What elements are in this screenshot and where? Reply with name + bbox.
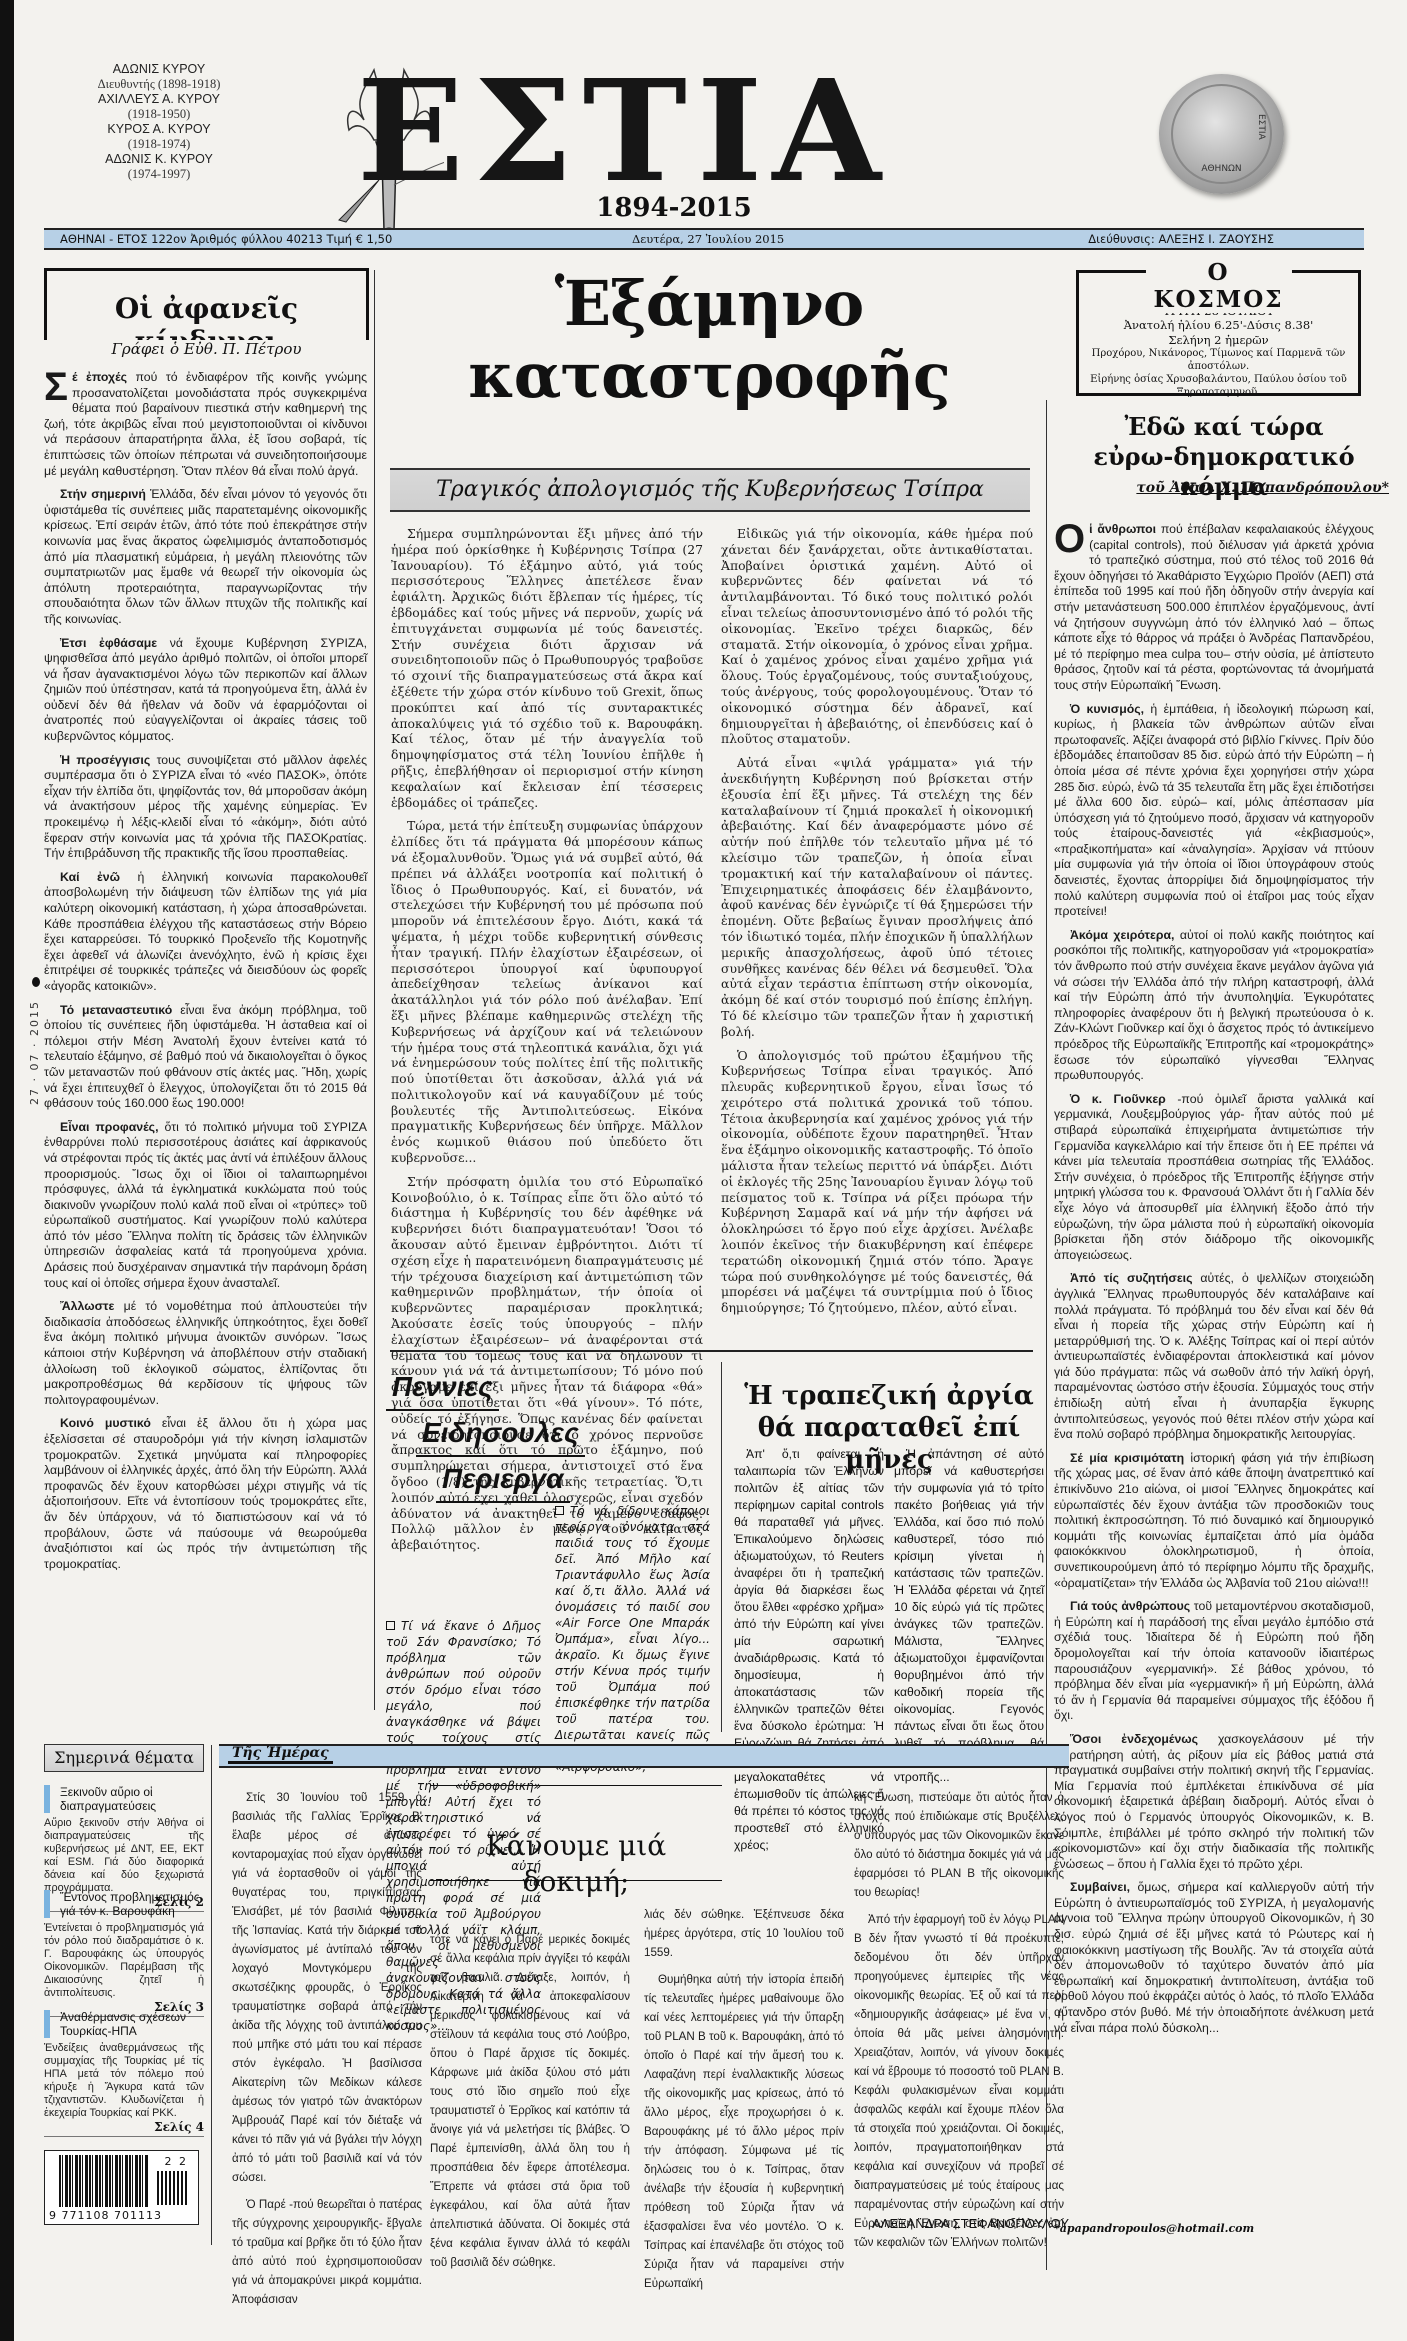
issue-details: ΑΘΗΝΑΙ - ΕΤΟΣ 122ον Ἀριθμός φύλλου 40213… [60, 230, 392, 248]
section-bar [219, 1744, 1069, 1768]
opinion-body: Οἱ ἄνθρωποι πού ἐπέβαλαν κεφαλαιακούς ἐλ… [1054, 522, 1374, 2044]
article-byline: Γράφει ὁ Εὐθ. Π. Πέτρου [44, 340, 369, 358]
divider [430, 1880, 722, 1881]
editor: Διεύθυνσις: ΑΛΕΞΗΣ Ι. ΖΑΟΥΣΗΣ [1088, 230, 1274, 248]
bullet-icon [32, 977, 40, 987]
todays-topics-title: Σημερινά θέματα [44, 1744, 204, 1772]
opinion-byline: τοῦ Ἀθαν. Χ. Παπανδρόπουλου* [1059, 480, 1389, 496]
checkbox-bullet-icon [555, 1506, 564, 1515]
lead-column-2: Εἰδικῶς γιά τήν οἰκονομία, κάθε ἡμέρα πο… [721, 526, 1033, 1324]
issue-date: Δευτέρα, 27 Ἰουλίου 2015 [632, 230, 784, 248]
column-text: λιάς δέν σώθηκε. Ἐξέπνευσε δέκα ἡμέρες ἀ… [644, 1905, 844, 2301]
dropcap: Σ [44, 372, 68, 402]
barcode: 2 2 9 771108 701113 [44, 2150, 199, 2225]
founding-years: 1894-2015 [574, 193, 774, 223]
author-signature: ΑΛΕΞΑΝΔΡΑ ΣΤΕΦΑΝΟΠΟΥΛΟΥ [854, 2216, 1069, 2231]
founder: ΑΔΩΝΙΣ Κ. ΚΥΡΟΥ(1974-1997) [54, 152, 264, 182]
founder: ΑΧΙΛΛΕΥΣ Α. ΚΥΡΟΥ(1918-1950) [54, 92, 264, 122]
newspaper-logo: ΕΣΤΙΑ [344, 62, 904, 212]
article-body: Σέ ἐποχές πού τό ἐνδιαφέρον τῆς κοινῆς γ… [44, 370, 367, 1580]
dropcap: Ο [1054, 524, 1085, 554]
lead-headline: Ἑξάμηνο καταστροφῆς [384, 268, 1034, 412]
coin-emblem-icon: ΕΣΤΙΑ ΑΘΗΝΩΝ [1159, 74, 1284, 194]
column-divider [211, 1745, 212, 2245]
topic-item[interactable]: Ἔντονος προβληματισμός γιά τόν κ. Βαρουφ… [44, 1890, 204, 2017]
divider [430, 1785, 722, 1786]
column-title: Κάνουμε μιά δοκιμή; [430, 1828, 722, 1900]
almanac-title: Ο ΚΟΣΜΟΣ [1145, 259, 1291, 313]
section-label: Τῆς Ἡμέρας [228, 1745, 333, 1764]
barcode-bars-icon [59, 2155, 149, 2207]
issue-info-bar: ΑΘΗΝΑΙ - ΕΤΟΣ 122ον Ἀριθμός φύλλου 40213… [44, 228, 1364, 250]
column-text: τότε νά κάνει ὁ Παρέ μερικές δοκιμές σέ … [430, 1930, 630, 2280]
column-text: Στίς 30 Ἰουνίου τοῦ 1559 ὁ βασιλιάς τῆς … [232, 1788, 422, 2317]
checkbox-bullet-icon [386, 1621, 395, 1630]
author-email[interactable]: *apapandropoulos@hotmail.com [1054, 2222, 1254, 2235]
bank-article-column-2: Ἡ ἀπάντηση σέ αὐτό μπορεῖ νά καθυστερήσε… [894, 1446, 1044, 1786]
topic-item[interactable]: Ἀναθέρμανσις σχέσεων Τουρκίας-ΗΠΑ Ἐνδείξ… [44, 2010, 204, 2137]
side-date: 27 · 07 · 2015 [28, 1000, 41, 1105]
barcode-addon-bars-icon [157, 2171, 187, 2205]
column-divider [374, 270, 375, 1710]
founder: ΑΔΩΝΙΣ ΚΥΡΟΥΔιευθυντής (1898-1918) [54, 62, 264, 92]
divider [390, 1350, 1033, 1352]
lead-subheadline: Τραγικός ἀπολογισμός τῆς Κυβερνήσεως Τσί… [390, 468, 1030, 512]
founder: ΚΥΡΟΣ Α. ΚΥΡΟΥ(1918-1974) [54, 122, 264, 152]
almanac-box: Ο ΚΟΣΜΟΣ Αὔριο ΤΡΙΤΗ 28 ΙΟΥΛΙΟΥ Ἀνατολή … [1076, 270, 1361, 396]
column-text: κή Ἕνωση, πιστεύαμε ὅτι αὐτός ἦταν ὁ στό… [854, 1788, 1064, 2260]
founders-list: ΑΔΩΝΙΣ ΚΥΡΟΥΔιευθυντής (1898-1918) ΑΧΙΛΛ… [54, 62, 264, 182]
newspaper-front-page: ΑΔΩΝΙΣ ΚΥΡΟΥΔιευθυντής (1898-1918) ΑΧΙΛΛ… [14, 0, 1407, 2341]
column-divider [721, 1362, 722, 1732]
